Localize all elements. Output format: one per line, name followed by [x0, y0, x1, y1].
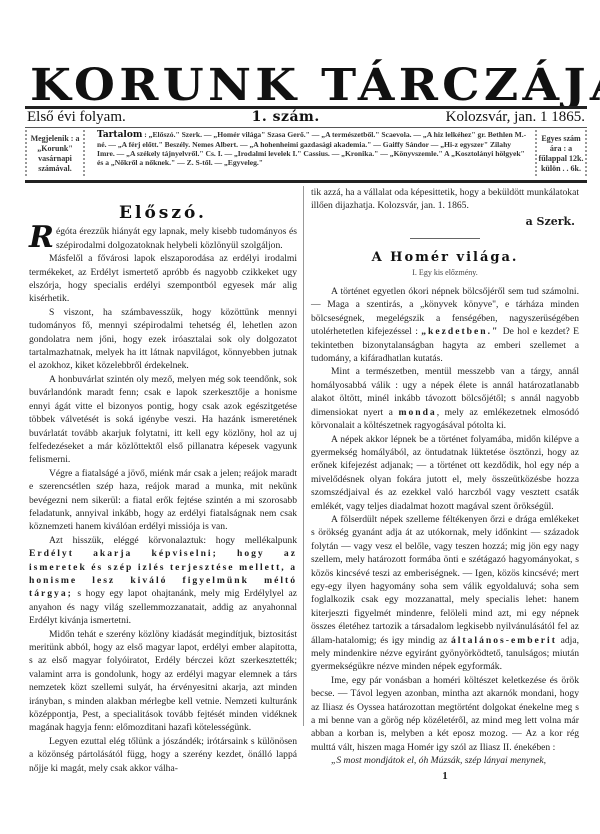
issue-number: 1. szám. [252, 109, 320, 125]
article-subtitle: I. Egy kis előzmény. [311, 266, 579, 279]
contents-text: : „Előszó." Szerk. — „Homér világa" Szas… [97, 130, 526, 167]
contents-label: Tartalom [97, 130, 142, 140]
paragraph: tik azzá, ha a vállalat oda képesittetik… [311, 186, 579, 213]
paragraph: S viszont, ha számbavesszük, hogy között… [29, 306, 297, 373]
emphasis-text: „kezdetben." [421, 326, 499, 337]
right-column: tik azzá, ha a vállalat oda képesittetik… [311, 186, 579, 783]
paragraph: Másfelől a fővárosi lapok elszaporodása … [29, 252, 297, 306]
column-divider [303, 186, 304, 726]
paragraph: Mint a természetben, mentül messzebb van… [311, 365, 579, 432]
paragraph: A honbuvárlat szintén oly mező, melyen m… [29, 373, 297, 467]
infobar-rule [25, 180, 587, 183]
masthead-title: KORUNK TÁRCZÁJA. [30, 62, 497, 110]
quote-line: „S most mondjátok el, óh Múzsák, szép lá… [311, 754, 579, 767]
publication-notice: Megjelenik : a „Korunk" vasárnapi számáv… [25, 130, 85, 176]
emphasis-text: monda [398, 407, 436, 418]
article-title: A Homér világa. [311, 251, 579, 264]
price-box: Egyes szám ára : a fűlappal 12k. külön .… [535, 130, 587, 176]
paragraph: A népek akkor lépnek be a történet folya… [311, 433, 579, 513]
paragraph: Régóta érezzük hiányát egy lapnak, mely … [29, 225, 297, 252]
paragraph: Végre a fiatalságé a jövő, miénk már csa… [29, 467, 297, 534]
volume-label: Első évi folyam. [27, 109, 126, 126]
paragraph: Midőn tehát e szerény közlöny kiadását m… [29, 628, 297, 735]
paragraph: A történet egyetlen ókori népnek bölcsőj… [311, 285, 579, 365]
paragraph: Ime, egy pár vonásban a homéri költészet… [311, 674, 579, 754]
editor-signature: a Szerk. [311, 215, 575, 228]
page-number: 1 [311, 770, 579, 783]
foreword-title: Előszó. [29, 207, 297, 220]
masthead-subhead: Első évi folyam. 1. szám. Kolozsvár, jan… [27, 109, 585, 126]
section-separator [410, 238, 480, 239]
info-bar: Megjelenik : a „Korunk" vasárnapi számáv… [25, 128, 587, 180]
paragraph: Azt hisszük, eléggé körvonalaztuk: hogy … [29, 534, 297, 628]
place-date: Kolozsvár, jan. 1 1865. [446, 109, 585, 126]
left-column: Előszó. Régóta érezzük hiányát egy lapna… [29, 186, 297, 775]
dropcap: R [29, 225, 54, 251]
paragraph: A fölserdült népek szelleme féltékenyen … [311, 513, 579, 674]
paragraph: Legyen ezuttal elég tőlünk a jószándék; … [29, 735, 297, 775]
emphasis-text: általános-emberit [451, 635, 557, 646]
table-of-contents: Tartalom : „Előszó." Szerk. — „Homér vil… [97, 130, 529, 167]
